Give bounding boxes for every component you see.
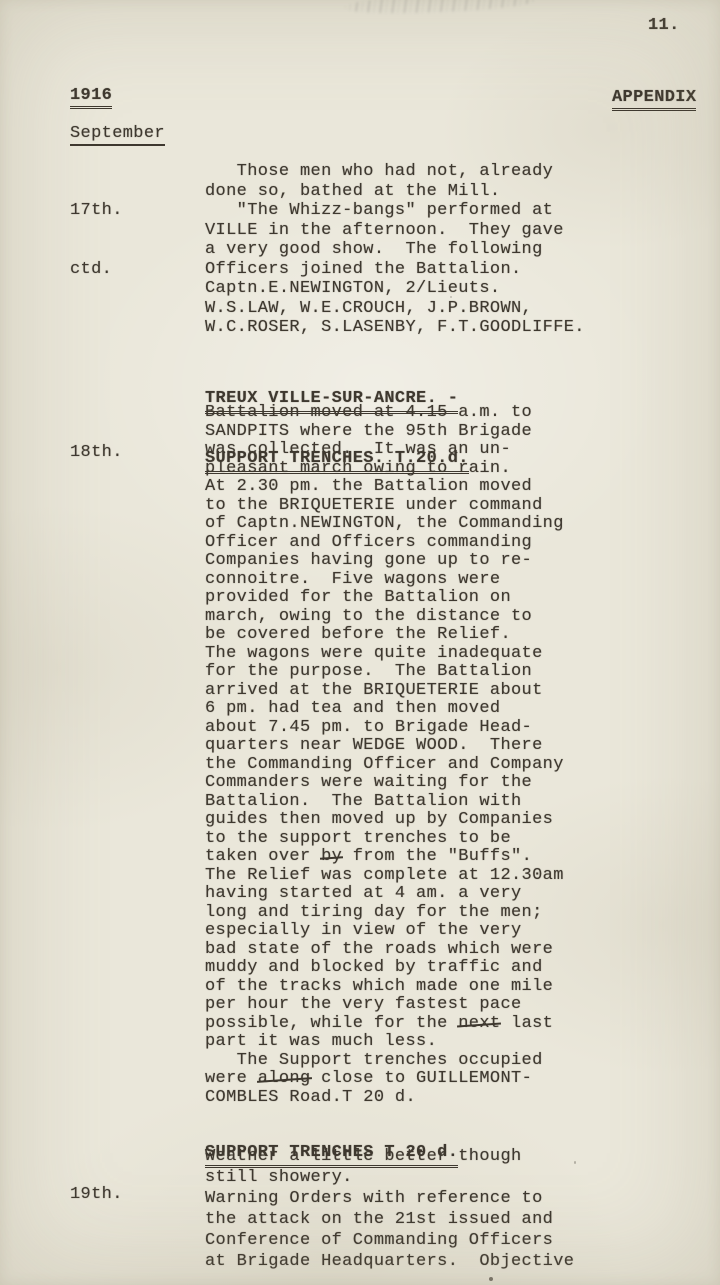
text-line: connoitre. Five wagons were <box>205 571 564 590</box>
text-line: SANDPITS where the 95th Brigade <box>205 423 564 442</box>
text-line: Captn.E.NEWINGTON, 2/Lieuts. <box>205 279 585 299</box>
text-line: W.C.ROSER, S.LASENBY, F.T.GOODLIFFE. <box>205 318 585 338</box>
text-line: still showery. <box>205 1167 574 1188</box>
text-line: Battalion moved at 4.15 a.m. to <box>205 404 564 423</box>
text-line: Officers joined the Battalion. <box>205 260 585 280</box>
struck-word: along <box>258 1069 311 1088</box>
text-line: to the BRIQUETERIE under command <box>205 497 564 516</box>
text-line: taken over by from the "Buffs". <box>205 848 564 867</box>
ink-speck <box>489 1277 493 1281</box>
text-line: of Captn.NEWINGTON, the Commanding <box>205 515 564 534</box>
text-line: were along close to GUILLEMONT- <box>205 1070 564 1089</box>
ink-speck <box>574 1161 576 1164</box>
entry-date-label: 19th. <box>70 1184 123 1205</box>
text-line: long and tiring day for the men; <box>205 904 564 923</box>
text-line: was collected. It was an un- <box>205 441 564 460</box>
appendix-heading: APPENDIX <box>612 88 696 111</box>
text-line: of the tracks which made one mile <box>205 978 564 997</box>
text-line: guides then moved up by Companies <box>205 811 564 830</box>
text-line: the Commanding Officer and Company <box>205 756 564 775</box>
entry-body-19th: Weather a little better thoughstill show… <box>205 1146 574 1272</box>
entry-body-17th: Those men who had not, alreadydone so, b… <box>205 162 585 338</box>
scan-smudge-mark <box>345 0 535 15</box>
text-line: Warning Orders with reference to <box>205 1188 574 1209</box>
entry-date-19th: 19th. <box>70 1146 123 1243</box>
text-line: Battalion. The Battalion with <box>205 793 564 812</box>
text-line: At 2.30 pm. the Battalion moved <box>205 478 564 497</box>
text-line: done so, bathed at the Mill. <box>205 182 585 202</box>
text-line: be covered before the Relief. <box>205 626 564 645</box>
text-line: Companies having gone up to re- <box>205 552 564 571</box>
entry-body-18th: Battalion moved at 4.15 a.m. toSANDPITS … <box>205 404 564 1107</box>
text-line: for the purpose. The Battalion <box>205 663 564 682</box>
text-line: having started at 4 am. a very <box>205 885 564 904</box>
entry-date-label: 18th. <box>70 442 123 463</box>
text-line: W.S.LAW, W.E.CROUCH, J.P.BROWN, <box>205 299 585 319</box>
text-line: muddy and blocked by traffic and <box>205 959 564 978</box>
entry-date-continued-label: ctd. <box>70 259 123 280</box>
text-line: provided for the Battalion on <box>205 589 564 608</box>
text-line: march, owing to the distance to <box>205 608 564 627</box>
text-line: to the support trenches to be <box>205 830 564 849</box>
ink-speck <box>450 296 452 298</box>
entry-date-18th: 18th. <box>70 404 123 501</box>
text-line: part it was much less. <box>205 1033 564 1052</box>
text-line: The wagons were quite inadequate <box>205 645 564 664</box>
text-line: especially in view of the very <box>205 922 564 941</box>
entry-date-17th: 17th. ctd. <box>70 162 123 318</box>
struck-word: by <box>321 847 342 866</box>
text-line: Conference of Commanding Officers <box>205 1230 574 1251</box>
text-line: pleasant march owing to rain. <box>205 460 564 479</box>
diary-page-scan: 11. 1916 APPENDIX September 17th. ctd. T… <box>0 0 720 1285</box>
month-heading-text: September <box>70 124 165 146</box>
struck-word: next <box>458 1014 500 1033</box>
text-line: Those men who had not, already <box>205 162 585 182</box>
text-line: The Support trenches occupied <box>205 1052 564 1071</box>
text-line: "The Whizz-bangs" performed at <box>205 201 585 221</box>
page-number: 11. <box>648 16 680 35</box>
text-line: at Brigade Headquarters. Objective <box>205 1251 574 1272</box>
year-heading: 1916 <box>70 86 112 109</box>
text-line: the attack on the 21st issued and <box>205 1209 574 1230</box>
year-heading-text: 1916 <box>70 86 112 109</box>
entry-date-label: 17th. <box>70 200 123 221</box>
text-line: possible, while for the next last <box>205 1015 564 1034</box>
text-line: 6 pm. had tea and then moved <box>205 700 564 719</box>
month-heading: September <box>70 124 165 146</box>
text-line: quarters near WEDGE WOOD. There <box>205 737 564 756</box>
text-line: Commanders were waiting for the <box>205 774 564 793</box>
text-line: Officer and Officers commanding <box>205 534 564 553</box>
text-line: VILLE in the afternoon. They gave <box>205 221 585 241</box>
text-line: bad state of the roads which were <box>205 941 564 960</box>
text-line: per hour the very fastest pace <box>205 996 564 1015</box>
text-line: The Relief was complete at 12.30am <box>205 867 564 886</box>
text-line: about 7.45 pm. to Brigade Head- <box>205 719 564 738</box>
text-line: arrived at the BRIQUETERIE about <box>205 682 564 701</box>
text-line: a very good show. The following <box>205 240 585 260</box>
text-line: Weather a little better though <box>205 1146 574 1167</box>
appendix-heading-text: APPENDIX <box>612 88 696 111</box>
